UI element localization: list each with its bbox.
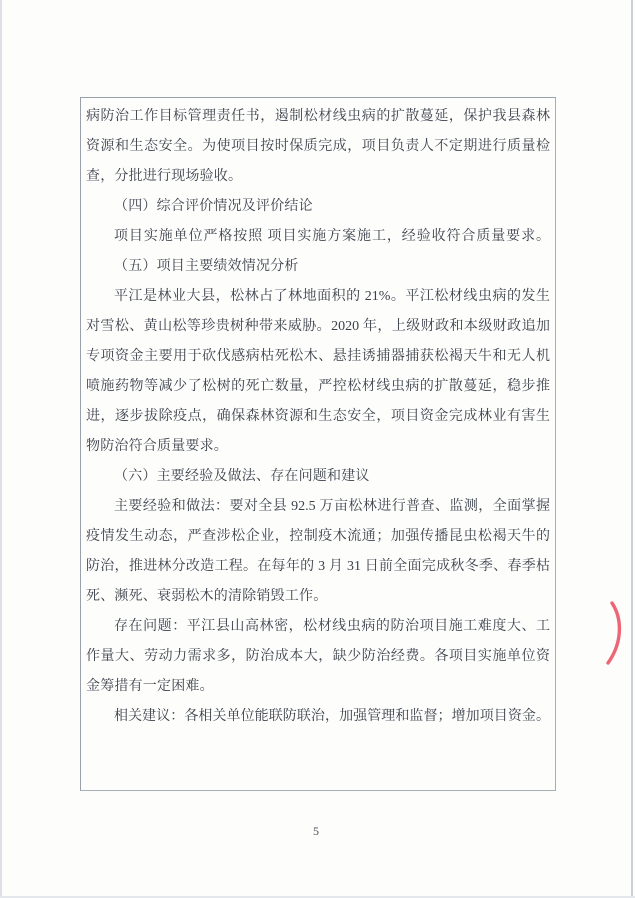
document-line section-heading: （六）主要经验及做法、存在问题和建议 [86, 462, 550, 492]
document-line: 进，逐步拔除疫点，确保森林资源和生态安全，项目资金完成林业有害生 [86, 402, 550, 432]
document-line: 金筹措有一定困难。 [86, 672, 550, 702]
red-ink-mark-stroke [608, 603, 619, 663]
scan-edge-left [0, 0, 2, 898]
document-text-area: 病防治工作目标管理责任书，遏制松材线虫病的扩散蔓延，保护我县森林 资源和生态安全… [86, 102, 550, 732]
document-line: 主要经验和做法：要对全县 92.5 万亩松林进行普查、监测，全面掌握 [86, 492, 550, 522]
document-line: 平江是林业大县，松林占了林地面积的 21%。平江松材线虫病的发生 [86, 282, 550, 312]
document-line: 疫情发生动态，严查涉松企业，控制疫木流通；加强传播昆虫松褐天牛的 [86, 522, 550, 552]
document-line: 死、濒死、衰弱松木的清除销毁工作。 [86, 582, 550, 612]
page-number: 5 [0, 824, 632, 839]
content-border-box: 病防治工作目标管理责任书，遏制松材线虫病的扩散蔓延，保护我县森林 资源和生态安全… [80, 97, 556, 791]
document-line: 防治，推进林分改造工程。在每年的 3 月 31 日前全面完成秋冬季、春季枯 [86, 552, 550, 582]
document-line: 病防治工作目标管理责任书，遏制松材线虫病的扩散蔓延，保护我县森林 [86, 102, 550, 132]
document-line: 作量大、劳动力需求多，防治成本大，缺少防治经费。各项目实施单位资 [86, 642, 550, 672]
document-line: 物防治符合质量要求。 [86, 432, 550, 462]
document-line: 专项资金主要用于砍伐感病枯死松木、悬挂诱捕器捕获松褐天牛和无人机 [86, 342, 550, 372]
document-line section-heading: （五）项目主要绩效情况分析 [86, 252, 550, 282]
document-line: 资源和生态安全。为使项目按时保质完成，项目负责人不定期进行质量检 [86, 132, 550, 162]
document-line: 喷施药物等减少了松树的死亡数量，严控松材线虫病的扩散蔓延，稳步推 [86, 372, 550, 402]
document-line: 查，分批进行现场验收。 [86, 162, 550, 192]
document-line: 对雪松、黄山松等珍贵树种带来威胁。2020 年，上级财政和本级财政追加 [86, 312, 550, 342]
scan-edge-right [631, 0, 633, 898]
document-line: 项目实施单位严格按照 项目实施方案施工，经验收符合质量要求。 [86, 222, 550, 252]
document-line: 相关建议：各相关单位能联防联治，加强管理和监督；增加项目资金。 [86, 702, 550, 732]
document-line: 存在问题：平江县山高林密，松材线虫病的防治项目施工难度大、工 [86, 612, 550, 642]
document-line section-heading: （四）综合评价情况及评价结论 [86, 192, 550, 222]
red-ink-mark [604, 600, 628, 666]
